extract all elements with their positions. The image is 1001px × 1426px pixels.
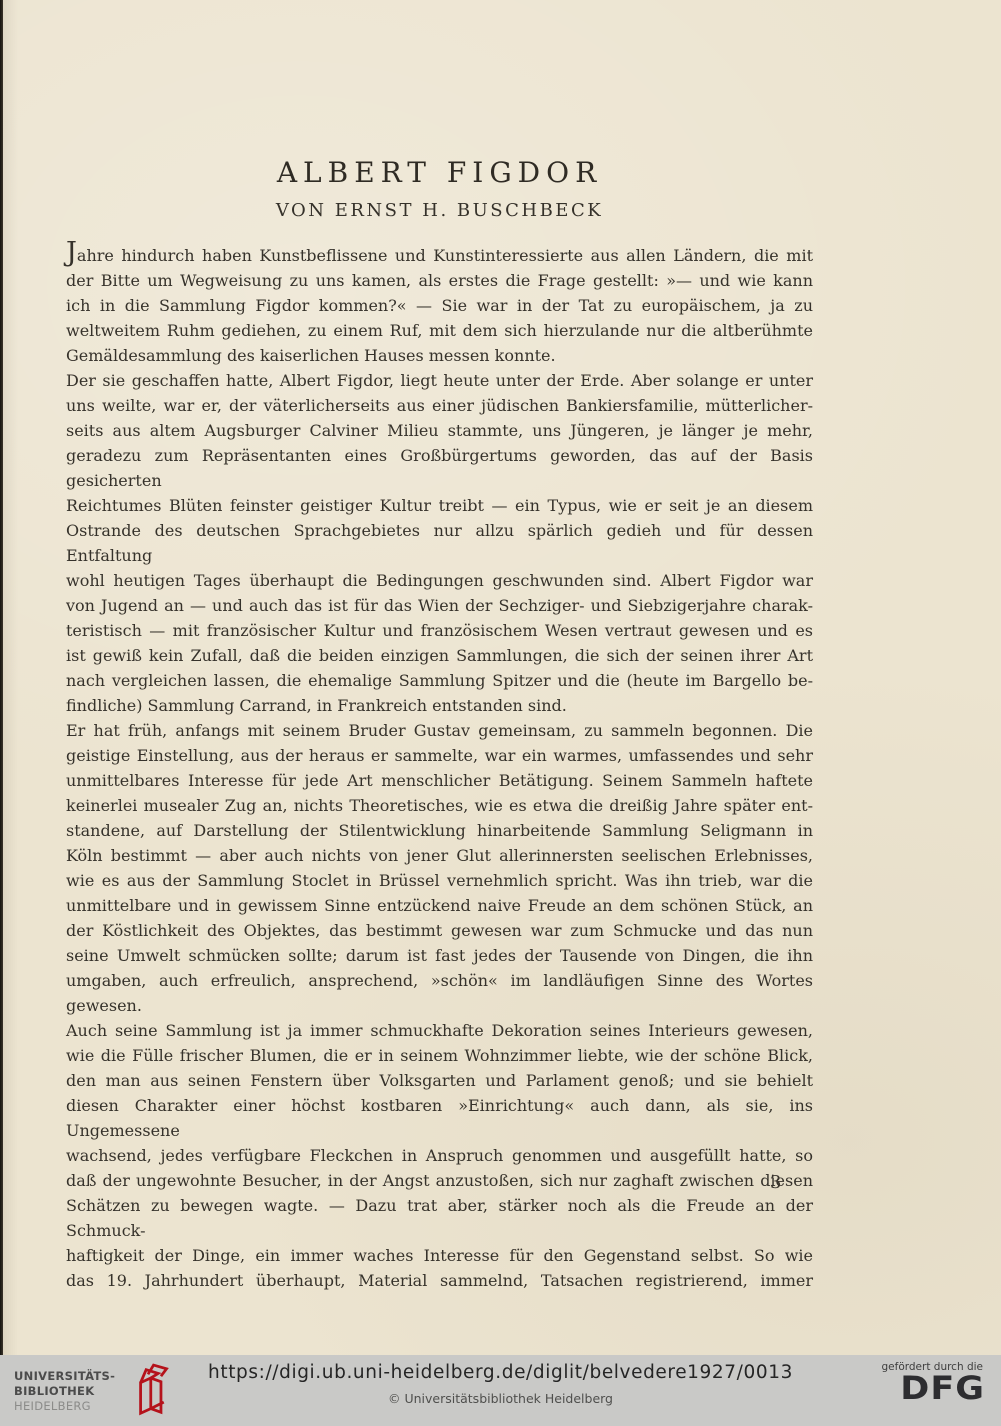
body-text: Jahre hindurch haben Kunstbeflissene und… — [66, 242, 813, 1293]
text-line: diesen Charakter einer höchst kostbaren … — [66, 1093, 813, 1143]
footer-center: https://digi.ub.uni-heidelberg.de/diglit… — [0, 1362, 1001, 1406]
text-line: keinerlei musealer Zug an, nichts Theore… — [66, 793, 813, 818]
text-line: geradezu zum Repräsentanten eines Großbü… — [66, 443, 813, 493]
text-line: von Jugend an — und auch das ist für das… — [66, 593, 813, 618]
text-line: Reichtumes Blüten feinster geistiger Kul… — [66, 493, 813, 518]
text-line: umgaben, auch erfreulich, ansprechend, »… — [66, 968, 813, 1018]
text-line: Auch seine Sammlung ist ja immer schmuck… — [66, 1018, 813, 1043]
text-line: seits aus altem Augsburger Calviner Mili… — [66, 418, 813, 443]
text-line: Schätzen zu bewegen wagte. — Dazu trat a… — [66, 1193, 813, 1243]
copyright-note: © Universitätsbibliothek Heidelberg — [0, 1391, 1001, 1406]
text-line: Gemäldesammlung des kaiserlichen Hauses … — [66, 343, 813, 368]
page-number: 3 — [770, 1172, 781, 1193]
dfg-logo: gefördert durch die DFG — [882, 1361, 986, 1406]
paragraph: Jahre hindurch haben Kunstbeflissene und… — [66, 242, 813, 368]
text-line: wachsend, jedes verfügbare Fleckchen in … — [66, 1143, 813, 1168]
text-line: geistige Einstellung, aus der heraus er … — [66, 743, 813, 768]
scan-edge-shadow — [0, 0, 3, 1426]
text-line: wohl heutigen Tages überhaupt die Beding… — [66, 568, 813, 593]
text-line: Er hat früh, anfangs mit seinem Bruder G… — [66, 718, 813, 743]
text-line: der Bitte um Wegweisung zu uns kamen, al… — [66, 268, 813, 293]
text-line: den man aus seinen Fenstern über Volksga… — [66, 1068, 813, 1093]
text-line: unmittelbare und in gewissem Sinne entzü… — [66, 893, 813, 918]
page-content: ALBERT FIGDOR VON ERNST H. BUSCHBECK Jah… — [66, 0, 813, 1293]
document-url: https://digi.ub.uni-heidelberg.de/diglit… — [0, 1362, 1001, 1383]
text-line: teristisch — mit französischer Kultur un… — [66, 618, 813, 643]
dfg-logo-text: DFG — [882, 1374, 986, 1403]
text-line: Köln bestimmt — aber auch nichts von jen… — [66, 843, 813, 868]
text-line: wie es aus der Sammlung Stoclet in Brüss… — [66, 868, 813, 893]
text-line: weltweitem Ruhm gediehen, zu einem Ruf, … — [66, 318, 813, 343]
text-line: ist gewiß kein Zufall, daß die beiden ei… — [66, 643, 813, 668]
paragraph: Der sie geschaffen hatte, Albert Figdor,… — [66, 368, 813, 718]
text-line: standene, auf Darstellung der Stilentwic… — [66, 818, 813, 843]
text-line: das 19. Jahrhundert überhaupt, Material … — [66, 1268, 813, 1293]
text-line: findliche) Sammlung Carrand, in Frankrei… — [66, 693, 813, 718]
text-line: Der sie geschaffen hatte, Albert Figdor,… — [66, 368, 813, 393]
text-line: unmittelbares Interesse für jede Art men… — [66, 768, 813, 793]
text-line: haftigkeit der Dinge, ein immer waches I… — [66, 1243, 813, 1268]
page-title: ALBERT FIGDOR — [66, 0, 813, 189]
text-line: uns weilte, war er, der väterlicherseits… — [66, 393, 813, 418]
text-line: daß der ungewohnte Besucher, in der Angs… — [66, 1168, 813, 1193]
text-line: nach vergleichen lassen, die ehemalige S… — [66, 668, 813, 693]
text-line: seine Umwelt schmücken sollte; darum ist… — [66, 943, 813, 968]
text-line: Jahre hindurch haben Kunstbeflissene und… — [66, 242, 813, 268]
author-byline: VON ERNST H. BUSCHBECK — [66, 189, 813, 221]
text-line: wie die Fülle frischer Blumen, die er in… — [66, 1043, 813, 1068]
paragraph: Er hat früh, anfangs mit seinem Bruder G… — [66, 718, 813, 1293]
text-line: ich in die Sammlung Figdor kommen?« — Si… — [66, 293, 813, 318]
text-line: der Köstlichkeit des Objektes, das besti… — [66, 918, 813, 943]
footer-bar: UNIVERSITÄTS- BIBLIOTHEK HEIDELBERG http… — [0, 1355, 1001, 1426]
text-line: Ostrande des deutschen Sprachgebietes nu… — [66, 518, 813, 568]
